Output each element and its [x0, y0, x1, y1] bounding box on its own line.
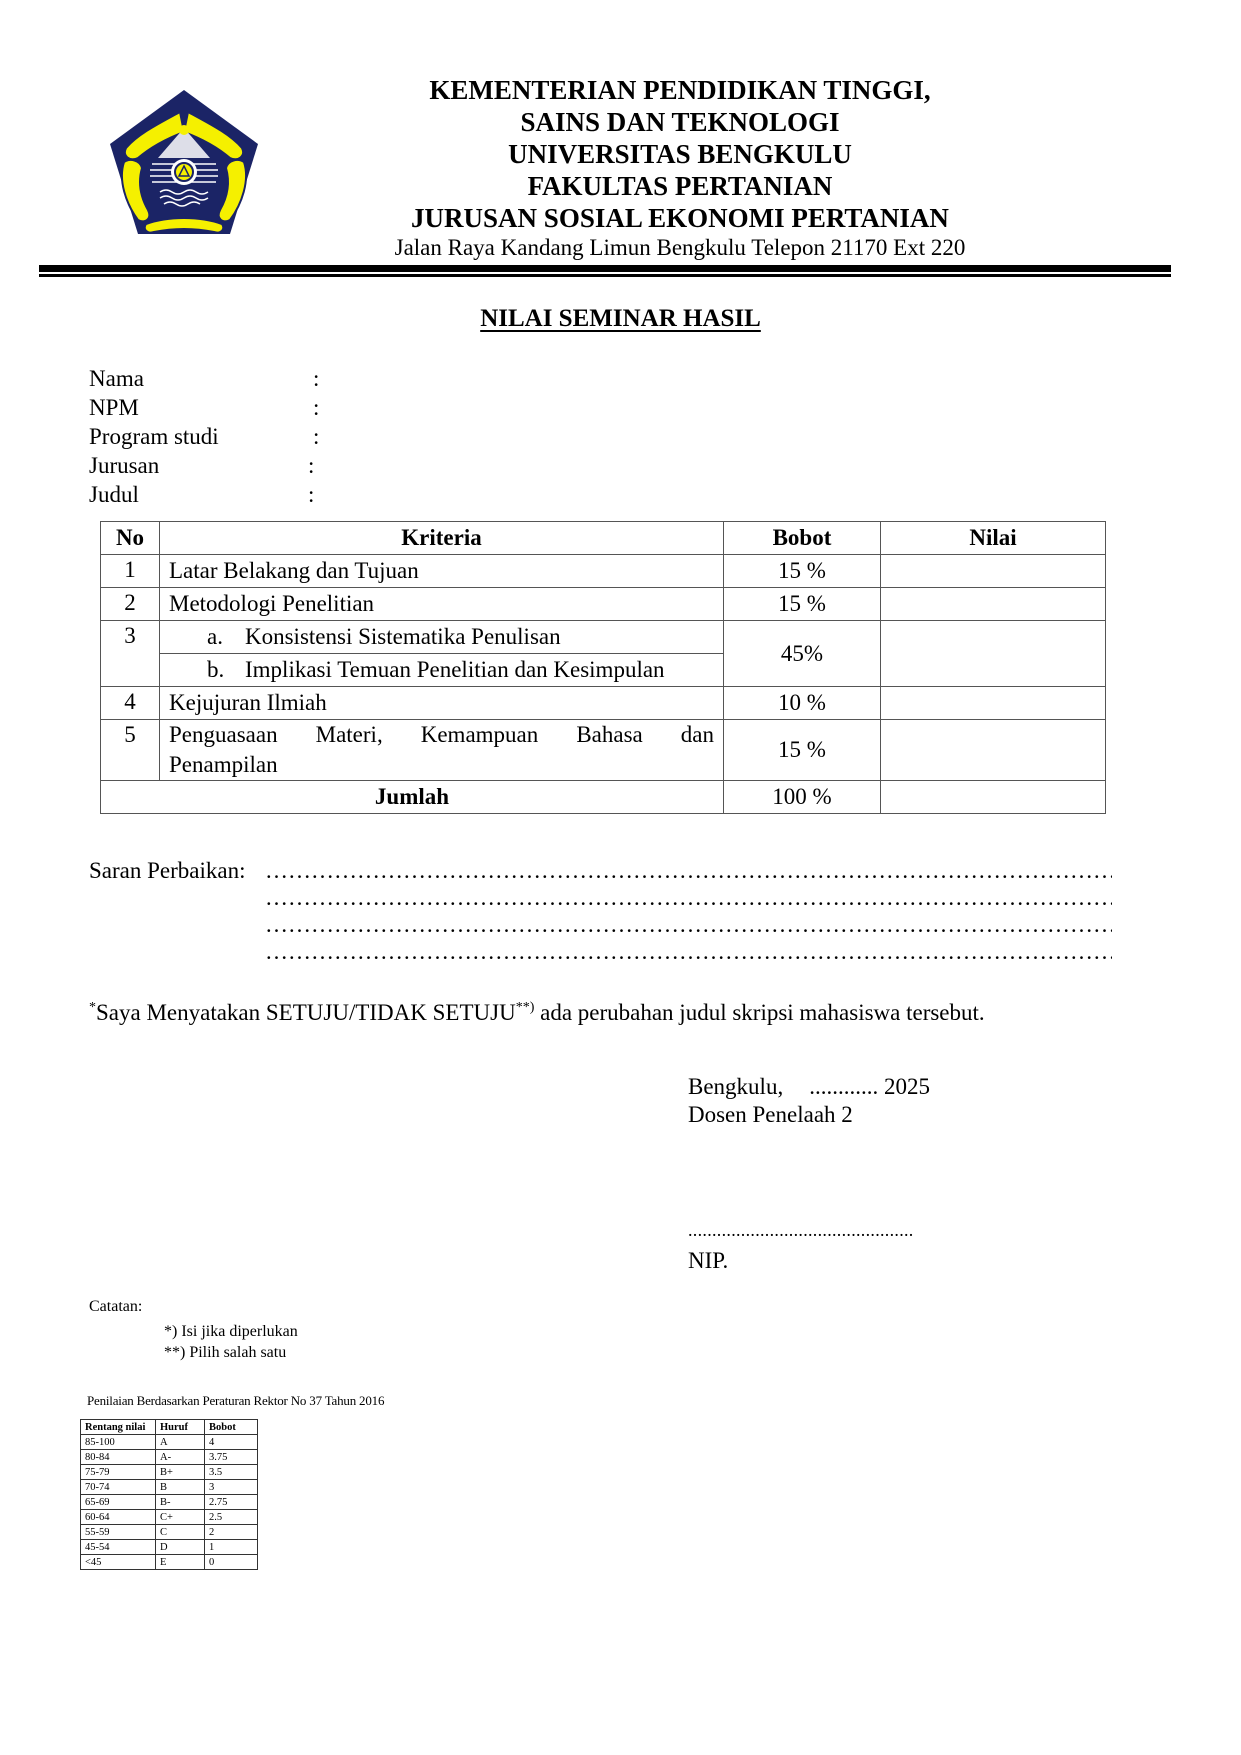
saran-line[interactable]: ……………………………………………………………………………………………………………	[89, 884, 1112, 911]
row-bobot: 15 %	[724, 720, 881, 781]
university-logo	[108, 88, 260, 236]
saran-line[interactable]: ……………………………………………………………………………………………………………	[89, 938, 1112, 965]
grading-cell: E	[156, 1555, 205, 1570]
catatan-item: *) Isi jika diperlukan	[89, 1321, 298, 1342]
grading-row: 65-69B-2.75	[81, 1495, 258, 1510]
criteria-table: No Kriteria Bobot Nilai 1 Latar Belakang…	[100, 521, 1106, 814]
grading-cell: 4	[205, 1435, 258, 1450]
letterhead-line: UNIVERSITAS BENGKULU	[340, 138, 1020, 170]
row-nilai-input[interactable]	[881, 720, 1106, 781]
field-npm[interactable]: NPM :	[89, 393, 313, 422]
grading-cell: 3	[205, 1480, 258, 1495]
grading-cell: A-	[156, 1450, 205, 1465]
grading-caption: Penilaian Berdasarkan Peraturan Rektor N…	[87, 1393, 384, 1409]
grading-header: Rentang nilai	[81, 1420, 156, 1435]
grading-cell: C	[156, 1525, 205, 1540]
grading-cell: A	[156, 1435, 205, 1450]
saran-dots: ……………………………………………………………………………………………………………	[265, 884, 1112, 911]
saran-dots: ……………………………………………………………………………………………………………	[265, 911, 1112, 938]
page-title-text: NILAI SEMINAR HASIL	[480, 305, 761, 332]
footnote-mark: **)	[516, 1000, 535, 1015]
catatan-label: Catatan:	[89, 1296, 298, 1317]
row-nilai-input[interactable]	[881, 555, 1106, 588]
grading-row: 85-100A4	[81, 1435, 258, 1450]
page-title: NILAI SEMINAR HASIL	[0, 305, 1241, 333]
catatan-notes: Catatan: *) Isi jika diperlukan **) Pili…	[89, 1296, 298, 1363]
row-kriteria-line: Penguasaan Materi, Kemampuan Bahasa dan	[169, 720, 714, 750]
row-bobot: 15 %	[724, 588, 881, 621]
row-kriteria: Metodologi Penelitian	[160, 588, 724, 621]
grading-cell: 3.75	[205, 1450, 258, 1465]
saran-dots: ……………………………………………………………………………………………………………	[265, 857, 1112, 884]
header-no: No	[101, 522, 160, 555]
row-kriteria: Penguasaan Materi, Kemampuan Bahasa dan …	[160, 720, 724, 781]
field-nama[interactable]: Nama :	[89, 364, 313, 393]
letterhead-line: SAINS DAN TEKNOLOGI	[340, 106, 1020, 138]
row-no: 5	[101, 720, 160, 781]
signature-name-line[interactable]: ........................................…	[688, 1220, 914, 1241]
grading-cell: 60-64	[81, 1510, 156, 1525]
field-separator: :	[308, 451, 314, 480]
catatan-item: **) Pilih salah satu	[89, 1342, 298, 1363]
total-bobot: 100 %	[724, 781, 881, 814]
grading-row: 60-64C+2.5	[81, 1510, 258, 1525]
row-no: 1	[101, 555, 160, 588]
grading-row: 55-59C2	[81, 1525, 258, 1540]
letterhead-line: FAKULTAS PERTANIAN	[340, 170, 1020, 202]
saran-label: Saran Perbaikan:	[89, 857, 265, 884]
grading-cell: D	[156, 1540, 205, 1555]
grading-header: Huruf	[156, 1420, 205, 1435]
sub-letter: a.	[207, 622, 245, 652]
grading-cell: B+	[156, 1465, 205, 1480]
table-row: 4 Kejujuran Ilmiah 10 %	[101, 687, 1106, 720]
field-separator: :	[313, 393, 319, 422]
grading-cell: 2.75	[205, 1495, 258, 1510]
saran-perbaikan: Saran Perbaikan:…………………………………………………………………	[89, 857, 1112, 965]
header-bobot: Bobot	[724, 522, 881, 555]
row-nilai-input[interactable]	[881, 588, 1106, 621]
grading-cell: 55-59	[81, 1525, 156, 1540]
grading-cell: 75-79	[81, 1465, 156, 1480]
signature-date-dots[interactable]: ............	[809, 1073, 878, 1101]
grading-row: 75-79B+3.5	[81, 1465, 258, 1480]
grading-row: <45E0	[81, 1555, 258, 1570]
grading-cell: 2	[205, 1525, 258, 1540]
field-separator: :	[308, 480, 314, 509]
grading-table: Rentang nilai Huruf Bobot 85-100A4 80-84…	[80, 1419, 258, 1570]
total-label: Jumlah	[101, 781, 724, 814]
saran-line[interactable]: Saran Perbaikan:…………………………………………………………………	[89, 857, 1112, 884]
grading-cell: B	[156, 1480, 205, 1495]
field-jurusan[interactable]: Jurusan :	[89, 451, 313, 480]
field-program-studi[interactable]: Program studi :	[89, 422, 313, 451]
field-separator: :	[313, 364, 319, 393]
grading-row: 45-54D1	[81, 1540, 258, 1555]
grading-cell: 85-100	[81, 1435, 156, 1450]
letterhead-address: Jalan Raya Kandang Limun Bengkulu Telepo…	[340, 234, 1020, 262]
table-total-row: Jumlah 100 %	[101, 781, 1106, 814]
signature-place: Bengkulu,	[688, 1074, 783, 1099]
row-kriteria-line: Penampilan	[169, 750, 714, 780]
grading-cell: 3.5	[205, 1465, 258, 1480]
grading-row: 70-74B3	[81, 1480, 258, 1495]
row-bobot: 45%	[724, 621, 881, 687]
letterhead-line: KEMENTERIAN PENDIDIKAN TINGGI,	[340, 74, 1020, 106]
row-no: 3	[101, 621, 160, 687]
field-label: NPM	[89, 393, 313, 422]
grading-cell: 0	[205, 1555, 258, 1570]
header-kriteria: Kriteria	[160, 522, 724, 555]
letterhead: KEMENTERIAN PENDIDIKAN TINGGI, SAINS DAN…	[340, 74, 1020, 262]
grading-header-row: Rentang nilai Huruf Bobot	[81, 1420, 258, 1435]
row-no: 2	[101, 588, 160, 621]
field-judul[interactable]: Judul :	[89, 480, 313, 509]
signature-date: Bengkulu,............ 2025	[688, 1073, 930, 1101]
grading-cell: 45-54	[81, 1540, 156, 1555]
sub-letter: b.	[207, 655, 245, 685]
statement-text: Saya Menyatakan SETUJU/TIDAK SETUJU	[96, 1000, 516, 1025]
field-label: Jurusan	[89, 451, 313, 480]
table-row: 5 Penguasaan Materi, Kemampuan Bahasa da…	[101, 720, 1106, 781]
identity-fields: Nama : NPM : Program studi : Jurusan : J…	[89, 364, 313, 509]
signature-block: Bengkulu,............ 2025 Dosen Penelaa…	[688, 1073, 930, 1129]
grading-cell: C+	[156, 1510, 205, 1525]
row-kriteria: Latar Belakang dan Tujuan	[160, 555, 724, 588]
grading-row: 80-84A-3.75	[81, 1450, 258, 1465]
grading-cell: 1	[205, 1540, 258, 1555]
table-row: 2 Metodologi Penelitian 15 %	[101, 588, 1106, 621]
statement-text: ada perubahan judul skripsi mahasiswa te…	[534, 1000, 984, 1025]
field-label: Judul	[89, 480, 313, 509]
grading-cell: 2.5	[205, 1510, 258, 1525]
letterhead-divider	[39, 274, 1171, 277]
saran-dots: ……………………………………………………………………………………………………………	[265, 938, 1112, 965]
footnote-mark: *	[89, 1000, 96, 1015]
sub-text: Konsistensi Sistematika Penulisan	[245, 624, 561, 649]
signature-nip: NIP.	[688, 1248, 728, 1274]
row-kriteria-sub-b: b.Implikasi Temuan Penelitian dan Kesimp…	[160, 654, 724, 687]
grading-cell: <45	[81, 1555, 156, 1570]
signature-role: Dosen Penelaah 2	[688, 1101, 930, 1129]
grading-cell: 80-84	[81, 1450, 156, 1465]
row-kriteria: Kejujuran Ilmiah	[160, 687, 724, 720]
row-bobot: 15 %	[724, 555, 881, 588]
saran-line[interactable]: ……………………………………………………………………………………………………………	[89, 911, 1112, 938]
letterhead-divider	[39, 265, 1171, 272]
table-header-row: No Kriteria Bobot Nilai	[101, 522, 1106, 555]
signature-year: 2025	[884, 1074, 930, 1099]
row-no: 4	[101, 687, 160, 720]
row-kriteria-sub-a: a.Konsistensi Sistematika Penulisan	[160, 621, 724, 654]
row-bobot: 10 %	[724, 687, 881, 720]
table-row: 1 Latar Belakang dan Tujuan 15 %	[101, 555, 1106, 588]
grading-cell: B-	[156, 1495, 205, 1510]
header-nilai: Nilai	[881, 522, 1106, 555]
grading-cell: 65-69	[81, 1495, 156, 1510]
field-separator: :	[313, 422, 319, 451]
row-nilai-input[interactable]	[881, 621, 1106, 687]
field-label: Program studi	[89, 422, 313, 451]
grading-header: Bobot	[205, 1420, 258, 1435]
total-nilai-input[interactable]	[881, 781, 1106, 814]
approval-statement: *Saya Menyatakan SETUJU/TIDAK SETUJU**) …	[89, 1000, 985, 1026]
letterhead-line: JURUSAN SOSIAL EKONOMI PERTANIAN	[340, 202, 1020, 234]
university-emblem-icon	[108, 88, 260, 236]
table-row: 3 a.Konsistensi Sistematika Penulisan 45…	[101, 621, 1106, 654]
row-nilai-input[interactable]	[881, 687, 1106, 720]
sub-text: Implikasi Temuan Penelitian dan Kesimpul…	[245, 657, 665, 682]
field-label: Nama	[89, 364, 313, 393]
grading-cell: 70-74	[81, 1480, 156, 1495]
